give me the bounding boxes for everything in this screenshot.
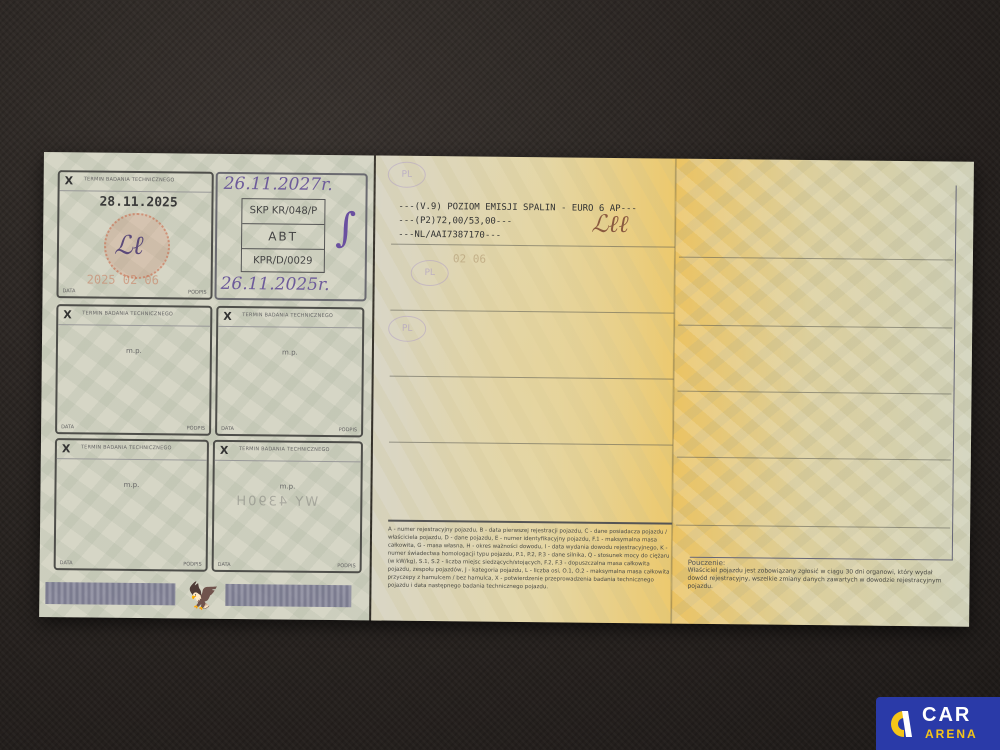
seal-placeholder: m.p. — [214, 482, 360, 492]
skp-station-code: SKP KR/048/P — [242, 199, 324, 225]
footer-signature-label: PODPIS — [187, 426, 206, 432]
box-header: TERMIN BADANIA TECHNICZNEGO — [84, 176, 175, 183]
box-header: TERMIN BADANIA TECHNICZNEGO — [242, 312, 333, 319]
handwritten-next-date: 26.11.2027r. — [224, 174, 333, 195]
signature: ℒℓℓ — [591, 210, 629, 239]
field-legend: A - numer rejestracyjny pojazdu, B - dat… — [387, 526, 672, 593]
divider — [60, 190, 212, 193]
inspection-box-6: X TERMIN BADANIA TECHNICZNEGO m.p. WY 43… — [212, 440, 363, 574]
pl-hologram-stamp: PL — [411, 260, 449, 286]
seal-placeholder: m.p. — [56, 480, 206, 490]
divider — [57, 458, 207, 461]
instructions-note: Pouczenie: Właściciel pojazdu jest zobow… — [687, 559, 947, 594]
inspection-box-3: X TERMIN BADANIA TECHNICZNEGO m.p. DATA … — [55, 304, 212, 436]
footer-signature-label: PODPIS — [339, 427, 358, 433]
x-mark: X — [62, 442, 71, 455]
box-header: TERMIN BADANIA TECHNICZNEGO — [82, 310, 173, 317]
footer-date-label: DATA — [61, 424, 74, 430]
car-arena-logo-icon — [890, 709, 912, 739]
divider — [58, 324, 210, 327]
footer-signature-label: PODPIS — [337, 563, 356, 569]
signature: ℒℓ — [114, 231, 144, 261]
watermark-line1: CAR — [922, 704, 971, 727]
x-mark: X — [223, 310, 232, 323]
bleed-through-text: WY 4390H — [234, 494, 318, 510]
divider — [218, 326, 362, 329]
watermark-line2: ARENA — [925, 727, 978, 741]
footer-date-label: DATA — [218, 562, 231, 568]
skp-stamp: SKP KR/048/P ABT KPR/D/0029 — [241, 198, 326, 273]
signature: ∫ — [335, 205, 356, 251]
footer-signature-label: PODPIS — [188, 290, 207, 296]
inspection-date-stamp: 28.11.2025 — [99, 195, 177, 211]
x-mark: X — [63, 308, 72, 321]
security-band-left — [45, 582, 175, 605]
seal-placeholder: m.p. — [58, 346, 210, 356]
footer-date-label: DATA — [60, 560, 73, 566]
security-band-right — [225, 584, 351, 607]
engine-power-annotation: ---(P2)72,00/53,00--- — [398, 216, 512, 227]
footer-date-label: DATA — [63, 288, 76, 294]
box-header: TERMIN BADANIA TECHNICZNEGO — [239, 446, 330, 453]
inspection-box-5: X TERMIN BADANIA TECHNICZNEGO m.p. DATA … — [54, 438, 209, 572]
seal-placeholder: m.p. — [218, 348, 362, 358]
faded-date-stamp: 02 06 — [453, 252, 486, 265]
pl-hologram-stamp: PL — [388, 316, 426, 342]
handwritten-inspection-date: 26.11.2025r. — [221, 274, 330, 295]
car-arena-watermark: CAR ARENA — [876, 697, 1000, 750]
notes-frame — [690, 183, 957, 561]
foreign-registration-annotation: ---NL/AAI7387170--- — [398, 230, 501, 241]
footer-date-label: DATA — [221, 426, 234, 432]
instructions-text: Właściciel pojazdu jest zobowiązany zgło… — [687, 567, 947, 594]
footer-signature-label: PODPIS — [183, 561, 202, 567]
skp-diagnostician-code: KPR/D/0029 — [242, 249, 324, 274]
divider — [215, 460, 361, 463]
faded-date-stamp: 2025 02 06 — [87, 272, 159, 287]
inspection-box-4: X TERMIN BADANIA TECHNICZNEGO m.p. DATA … — [215, 306, 364, 438]
x-mark: X — [220, 444, 229, 457]
polish-eagle-emblem-icon: 🦅 — [187, 582, 220, 612]
pl-hologram-stamp: PL — [388, 162, 426, 188]
box-header: TERMIN BADANIA TECHNICZNEGO — [81, 444, 172, 451]
registration-document: X TERMIN BADANIA TECHNICZNEGO 28.11.2025… — [39, 152, 974, 627]
x-mark: X — [65, 174, 74, 187]
inspection-box-1: X TERMIN BADANIA TECHNICZNEGO 28.11.2025… — [56, 170, 213, 300]
skp-station-name: ABT — [242, 224, 324, 250]
inspection-box-2: 26.11.2027r. SKP KR/048/P ABT KPR/D/0029… — [214, 172, 367, 302]
